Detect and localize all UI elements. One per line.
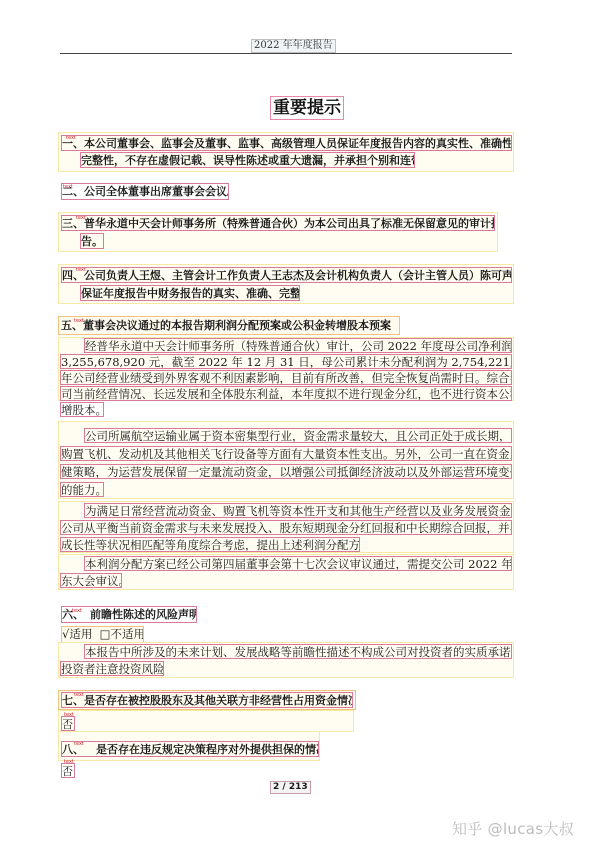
- section-1-line-2: 完整性，不存在虚假记载、误导性陈述或重大遗漏，并承担个别和连带的法律责任。: [80, 152, 415, 168]
- section-5-heading: 五、董事会决议通过的本报告期利润分配预案或公积金转增股本预案: [61, 318, 397, 334]
- section-3-line-2: 告。: [80, 233, 104, 249]
- s6-p1-line-1: 本报告中所涉及的未来计划、发展战略等前瞻性描述不构成公司对投资者的实质承诺，敬请: [84, 644, 512, 659]
- header-rule: [60, 53, 512, 54]
- page-number: 2 / 213: [270, 781, 311, 794]
- s5-p3-line-2: 公司从平衡当前资金需求与未来发展投入、股东短期现金分红回报和中长期综合回报，并与…: [60, 520, 512, 535]
- s6-p1-line-2: 投资者注意投资风险。: [60, 661, 164, 676]
- s5-p4-line-2: 东大会审议。: [60, 573, 122, 588]
- section-3-line-1: 三、普华永道中天会计师事务所（特殊普通合伙）为本公司出具了标准无保留意见的审计报: [61, 215, 495, 231]
- document-page: 2022 年年度报告 重要提示 text 一、本公司董事会、监事会及董事、监事、…: [0, 0, 602, 852]
- section-2-line-1: 二、公司全体董事出席董事会会议。: [61, 183, 229, 200]
- checkbox-not-applicable: □不适用: [100, 627, 144, 641]
- section-7-heading: 七、是否存在被控股股东及其他关联方非经营性占用资金情况: [61, 692, 353, 708]
- s5-p2-line-2: 购置飞机、发动机及其他相关飞行设备等方面有大量资本性支出。另外，公司一直在资金上…: [60, 446, 512, 461]
- s5-p2-line-4: 的能力。: [60, 482, 104, 497]
- section-8-heading: 八、是否存在违反规定决策程序对外提供担保的情况: [61, 741, 319, 757]
- applicability-checkboxes: √适用 □不适用: [61, 626, 144, 643]
- section-4-line-1: 四、公司负责人王煜、主管会计工作负责人王志杰及会计机构负责人（会计主管人员）陈可…: [61, 267, 512, 283]
- s5-p1-line-4: 司当前经营情况、长远发展和全体股东利益，本年度拟不进行现金分红，也不进行资本公积…: [60, 386, 512, 401]
- section-1-number: 一、: [62, 137, 84, 150]
- watermark: 知乎 @lucas大叔: [452, 818, 574, 839]
- s5-p1-line-3: 年公司经营业绩受到外界客观不利因素影响，目前有所改善，但完全恢复尚需时日。综合考…: [60, 370, 512, 385]
- page-title: 重要提示: [270, 96, 344, 120]
- section-1-line-1: 一、本公司董事会、监事会及董事、监事、高级管理人员保证年度报告内容的真实性、准确…: [61, 135, 512, 151]
- section-8-answer: 否: [61, 763, 75, 778]
- s5-p3-line-3: 成长性等状况相匹配等角度综合考虑，提出上述利润分配方案。: [60, 537, 360, 552]
- s5-p2-line-3: 健策略，为运营发展保留一定量流动资金，以增强公司抵御经济波动以及外部运营环境变化…: [60, 464, 512, 479]
- running-header: 2022 年年度报告: [251, 39, 336, 53]
- s5-p1-line-5: 增股本。: [60, 402, 104, 417]
- s5-p4-line-1: 本利润分配方案已经公司第四届董事会第十七次会议审议通过，需提交公司 2022 年…: [84, 556, 512, 571]
- section-7-answer: 否: [61, 716, 75, 731]
- section-6-heading: 六、前瞻性陈述的风险声明: [61, 606, 197, 623]
- section-4-line-2: 保证年度报告中财务报告的真实、准确、完整。: [80, 285, 300, 301]
- s5-p2-line-1: 公司所属航空运输业属于资本密集型行业，资金需求量较大，且公司正处于成长期，每年在: [84, 428, 512, 443]
- section-7-answer-block: [58, 710, 354, 732]
- s5-p1-line-1: 经普华永道中天会计师事务所（特殊普通合伙）审计，公司 2022 年度母公司净利润…: [84, 338, 512, 353]
- s5-p1-line-2: 3,255,678,920 元，截至 2022 年 12 月 31 日，母公司累…: [60, 354, 512, 369]
- s5-p3-line-1: 为满足日常经营流动资金、购置飞机等资本性开支和其他生产经营以及业务发展资金之需要…: [84, 503, 512, 518]
- checkbox-applicable-checked: √适用: [62, 627, 92, 641]
